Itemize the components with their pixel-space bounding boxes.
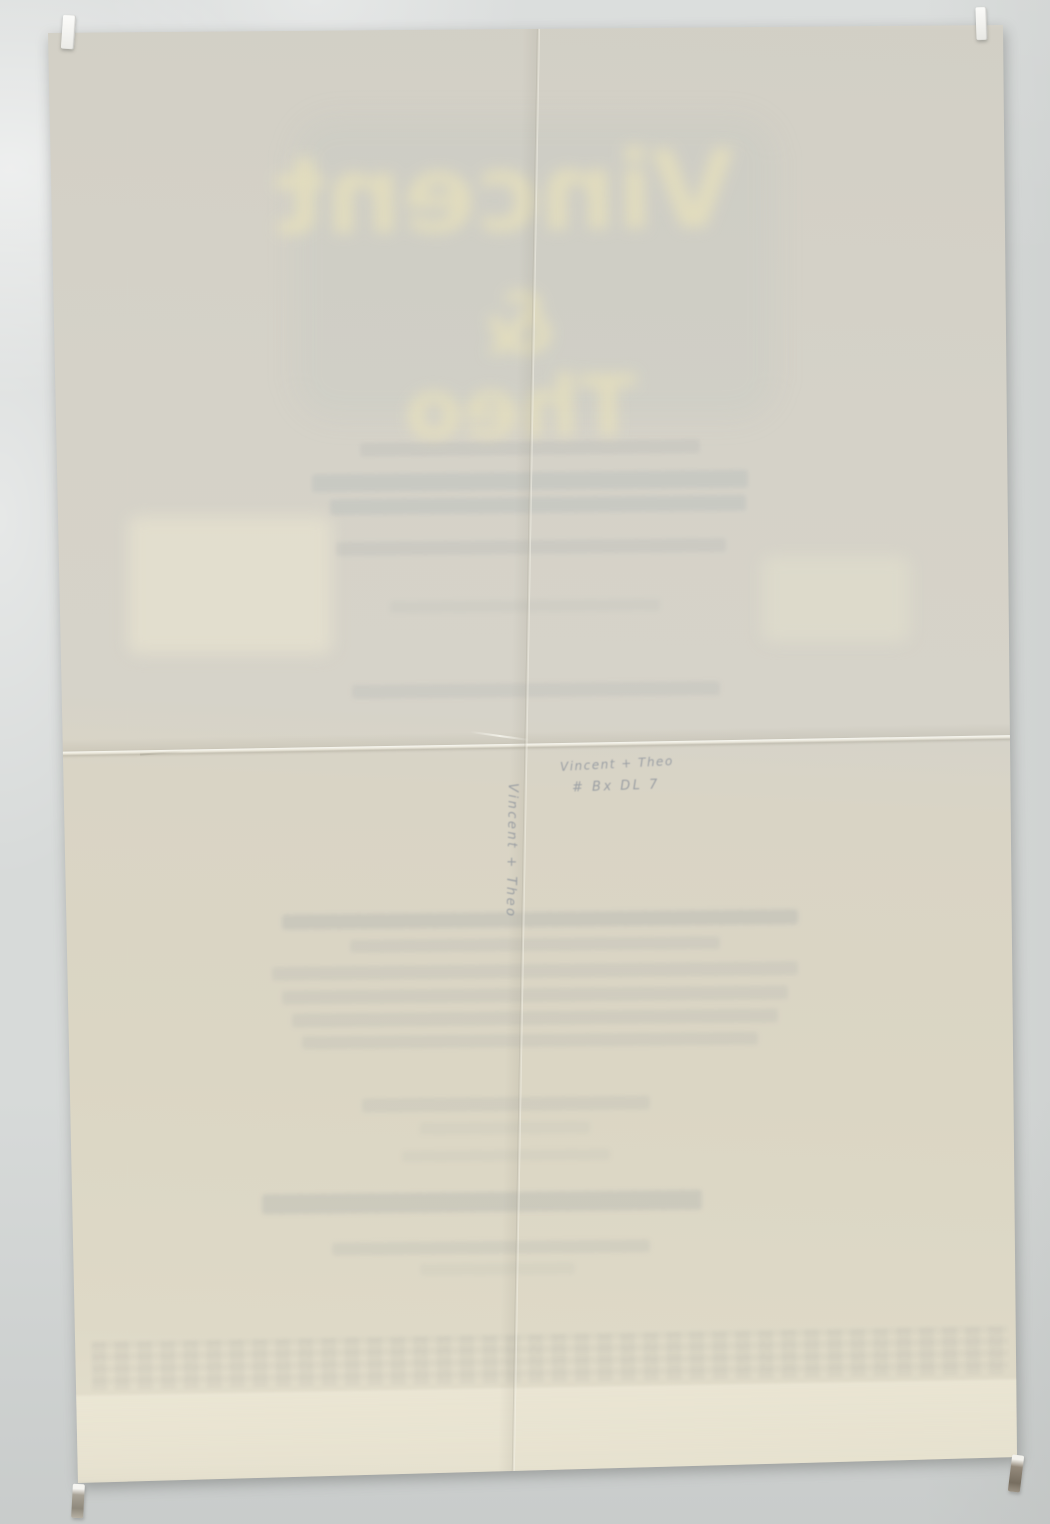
poster-sheet-back: Vincent & Theo bbox=[0, 0, 1050, 1524]
mounting-tab-bottom-left bbox=[71, 1484, 85, 1519]
showthrough-photo-patch-left bbox=[128, 516, 332, 654]
pencil-note-inventory-code: # Bx DL 7 bbox=[572, 777, 660, 795]
showthrough-text-line bbox=[420, 1262, 575, 1276]
paper-bottom-margin-strip bbox=[49, 1379, 1032, 1482]
showthrough-photo-patch-right bbox=[762, 556, 910, 642]
mounting-tab-top-right bbox=[975, 7, 987, 40]
mounting-tab-top-left bbox=[61, 15, 76, 50]
paper-shadow-wrap: Vincent & Theo bbox=[0, 0, 1050, 1524]
photo-of-poster-back: Vincent & Theo bbox=[0, 0, 1050, 1524]
